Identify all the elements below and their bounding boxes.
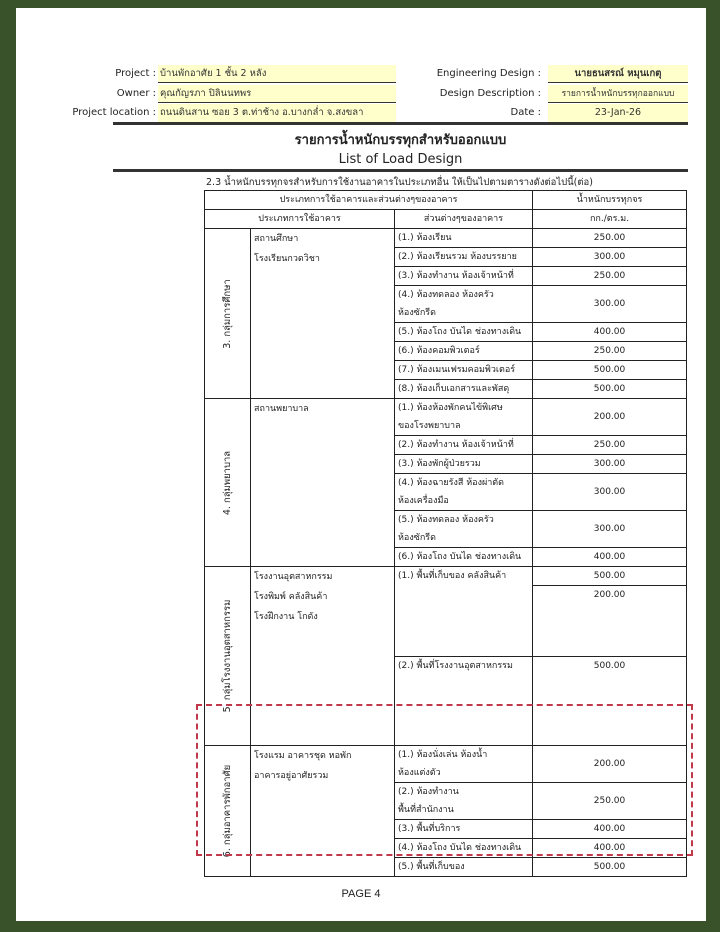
part-line: (3.) ห้องทำงาน ห้องเจ้าหน้าที่: [398, 267, 529, 285]
usage-line: โรงแรม อาคารชุด หอพัก: [254, 746, 391, 766]
description-label: Design Description :: [440, 85, 541, 103]
part-cell: (1.) พื้นที่เก็บของ คลังสินค้า: [395, 567, 533, 657]
usage-line: โรงเรียนกวดวิชา: [254, 249, 391, 269]
load-value: 300.00: [533, 455, 687, 474]
load-value: 200.00: [533, 399, 687, 436]
part-line: (5.) พื้นที่เก็บของ: [398, 858, 529, 876]
project-label: Project :: [115, 65, 156, 83]
part-cell: (4.) ห้องทดลอง ห้องครัวห้องซักรีด: [395, 286, 533, 323]
part-line: (4.) ห้องฉายรังสี ห้องผ่าตัด: [398, 474, 529, 492]
header-unit: กก./ตร.ม.: [533, 210, 687, 229]
category-cell: 6. กลุ่มอาคารพักอาศัย: [205, 746, 251, 877]
title-english: List of Load Design: [113, 152, 688, 167]
owner-label: Owner :: [117, 85, 156, 103]
usage-cell: สถานพยาบาล: [251, 399, 395, 567]
part-line: (2.) ห้องทำงาน: [398, 783, 529, 801]
category-cell: 3. กลุ่มการศึกษา: [205, 229, 251, 399]
part-cell: (5.) ห้องโถง บันได ช่องทางเดิน: [395, 323, 533, 342]
document-page: Project : บ้านพักอาศัย 1 ชั้น 2 หลัง Own…: [16, 8, 706, 921]
part-cell: (2.) พื้นที่โรงงานอุตสาหกรรม: [395, 657, 533, 746]
load-value: 400.00: [533, 323, 687, 342]
part-cell: (6.) ห้องโถง บันได ช่องทางเดิน: [395, 548, 533, 567]
load-value: 250.00: [533, 229, 687, 248]
location-row: Project location : ถนนดินสาน ซอย 3 ต.ท่า…: [16, 104, 406, 122]
usage-cell: สถานศึกษาโรงเรียนกวดวิชา: [251, 229, 395, 399]
part-cell: (1.) ห้องห้องพักคนไข้พิเศษของโรงพยาบาล: [395, 399, 533, 436]
part-cell: (4.) ห้องโถง บันได ช่องทางเดิน: [395, 839, 533, 858]
project-value: บ้านพักอาศัย 1 ชั้น 2 หลัง: [158, 65, 396, 83]
usage-line: โรงพิมพ์ คลังสินค้า: [254, 587, 391, 607]
load-value: 400.00: [533, 839, 687, 858]
load-table: ประเภทการใช้อาคารและส่วนต่างๆของอาคาร น้…: [204, 190, 687, 877]
usage-line: สถานศึกษา: [254, 229, 391, 249]
part-line: (1.) ห้องห้องพักคนไข้พิเศษ: [398, 399, 529, 417]
category-label: 6. กลุ่มอาคารพักอาศัย: [219, 765, 237, 857]
part-cell: (1.) ห้องเรียน: [395, 229, 533, 248]
description-value: รายการน้ำหนักบรรทุกออกแบบ: [548, 85, 688, 103]
date-value: 23-Jan-26: [548, 104, 688, 122]
part-cell: (4.) ห้องฉายรังสี ห้องผ่าตัดห้องเครื่องม…: [395, 474, 533, 511]
part-line: (5.) ห้องทดลอง ห้องครัว: [398, 511, 529, 529]
part-cell: (3.) ห้องทำงาน ห้องเจ้าหน้าที่: [395, 267, 533, 286]
part-line: (5.) ห้องโถง บันได ช่องทางเดิน: [398, 323, 529, 341]
engineer-label: Engineering Design :: [437, 65, 541, 83]
part-line: (1.) ห้องนั่งเล่น ห้องน้ำ: [398, 746, 529, 764]
part-line: (1.) พื้นที่เก็บของ คลังสินค้า: [398, 567, 529, 585]
part-cell: (3.) ห้องพักผู้ป่วยรวม: [395, 455, 533, 474]
part-line: ห้องแต่งตัว: [398, 764, 529, 782]
part-cell: (5.) ห้องทดลอง ห้องครัวห้องซักรีด: [395, 511, 533, 548]
part-line: (7.) ห้องเมนเฟรมคอมพิวเตอร์: [398, 361, 529, 379]
load-value: 300.00: [533, 248, 687, 267]
usage-line: โรงงานอุตสาหกรรม: [254, 567, 391, 587]
category-label: 5. กลุ่มโรงงานอุตสาหกรรม: [219, 600, 237, 713]
load-value: 500.00: [533, 858, 687, 877]
part-line: (2.) ห้องทำงาน ห้องเจ้าหน้าที่: [398, 436, 529, 454]
header-usage: ประเภทการใช้อาคาร: [205, 210, 395, 229]
load-value: 300.00: [533, 474, 687, 511]
table-row: 3. กลุ่มการศึกษาสถานศึกษาโรงเรียนกวดวิชา…: [205, 229, 687, 248]
location-label: Project location :: [72, 104, 156, 122]
usage-cell: โรงงานอุตสาหกรรมโรงพิมพ์ คลังสินค้าโรงฝึ…: [251, 567, 395, 746]
load-value: 200.00: [533, 746, 687, 783]
part-line: ห้องซักรีด: [398, 529, 529, 547]
part-cell: (2.) ห้องทำงานพื้นที่สำนักงาน: [395, 783, 533, 820]
load-value: 200.00: [533, 586, 687, 657]
part-line: (3.) ห้องพักผู้ป่วยรวม: [398, 455, 529, 473]
header-divider: [113, 122, 688, 125]
usage-line: โรงฝึกงาน โกดัง: [254, 607, 391, 627]
table-row: 6. กลุ่มอาคารพักอาศัยโรงแรม อาคารชุด หอพ…: [205, 746, 687, 783]
load-value: 400.00: [533, 548, 687, 567]
load-value: 500.00: [533, 380, 687, 399]
date-label: Date :: [511, 104, 541, 122]
part-line: (6.) ห้องโถง บันได ช่องทางเดิน: [398, 548, 529, 566]
part-line: (2.) ห้องเรียนรวม ห้องบรรยาย: [398, 248, 529, 266]
part-line: (8.) ห้องเก็บเอกสารและพัสดุ: [398, 380, 529, 398]
part-cell: (5.) พื้นที่เก็บของ: [395, 858, 533, 877]
load-value: 300.00: [533, 286, 687, 323]
part-cell: (6.) ห้องคอมพิวเตอร์: [395, 342, 533, 361]
project-row: Project : บ้านพักอาศัย 1 ชั้น 2 หลัง: [16, 65, 406, 83]
part-line: พื้นที่สำนักงาน: [398, 801, 529, 819]
title-divider: [113, 169, 688, 172]
part-cell: (2.) ห้องเรียนรวม ห้องบรรยาย: [395, 248, 533, 267]
category-label: 3. กลุ่มการศึกษา: [219, 279, 237, 349]
part-line: (4.) ห้องโถง บันได ช่องทางเดิน: [398, 839, 529, 857]
load-value: 500.00: [533, 567, 687, 586]
engineer-row: Engineering Design : นายธนสรณ์ หมุนเกตุ: [396, 65, 696, 83]
part-line: ห้องเครื่องมือ: [398, 492, 529, 510]
load-value: 250.00: [533, 436, 687, 455]
owner-row: Owner : คุณกัญรภา ปิลินนทพร: [16, 85, 406, 103]
part-line: (2.) พื้นที่โรงงานอุตสาหกรรม: [398, 657, 529, 675]
section-heading: 2.3 น้ำหนักบรรทุกจรสำหรับการใช้งานอาคารใ…: [206, 175, 593, 190]
part-line: (6.) ห้องคอมพิวเตอร์: [398, 342, 529, 360]
load-value: 400.00: [533, 820, 687, 839]
load-value: 500.00: [533, 361, 687, 380]
category-cell: 4. กลุ่มพยาบาล: [205, 399, 251, 567]
part-line: (4.) ห้องทดลอง ห้องครัว: [398, 286, 529, 304]
part-cell: (8.) ห้องเก็บเอกสารและพัสดุ: [395, 380, 533, 399]
usage-line: อาคารอยู่อาศัยรวม: [254, 766, 391, 786]
table-row: 5. กลุ่มโรงงานอุตสาหกรรมโรงงานอุตสาหกรรม…: [205, 567, 687, 586]
engineer-value: นายธนสรณ์ หมุนเกตุ: [548, 65, 688, 83]
load-value: 250.00: [533, 267, 687, 286]
part-line: ของโรงพยาบาล: [398, 417, 529, 435]
header-load: น้ำหนักบรรทุกจร: [533, 191, 687, 210]
category-label: 4. กลุ่มพยาบาล: [219, 450, 237, 514]
usage-cell: โรงแรม อาคารชุด หอพักอาคารอยู่อาศัยรวม: [251, 746, 395, 877]
part-cell: (1.) ห้องนั่งเล่น ห้องน้ำห้องแต่งตัว: [395, 746, 533, 783]
page-number: PAGE 4: [16, 888, 706, 900]
part-line: (1.) ห้องเรียน: [398, 229, 529, 247]
load-value: 250.00: [533, 783, 687, 820]
load-value: 500.00: [533, 657, 687, 746]
location-value: ถนนดินสาน ซอย 3 ต.ท่าช้าง อ.บางกล่ำ จ.สง…: [158, 104, 396, 122]
load-value: 300.00: [533, 511, 687, 548]
owner-value: คุณกัญรภา ปิลินนทพร: [158, 85, 396, 103]
date-row: Date : 23-Jan-26: [396, 104, 696, 122]
usage-line: สถานพยาบาล: [254, 399, 391, 419]
description-row: Design Description : รายการน้ำหนักบรรทุก…: [396, 85, 696, 103]
part-line: (3.) พื้นที่บริการ: [398, 820, 529, 838]
part-cell: (2.) ห้องทำงาน ห้องเจ้าหน้าที่: [395, 436, 533, 455]
header-part: ส่วนต่างๆของอาคาร: [395, 210, 533, 229]
load-value: 250.00: [533, 342, 687, 361]
part-line: ห้องซักรีด: [398, 304, 529, 322]
title-thai: รายการน้ำหนักบรรทุกสำหรับออกแบบ: [113, 129, 688, 150]
table-row: 4. กลุ่มพยาบาลสถานพยาบาล(1.) ห้องห้องพัก…: [205, 399, 687, 436]
part-cell: (3.) พื้นที่บริการ: [395, 820, 533, 839]
category-cell: 5. กลุ่มโรงงานอุตสาหกรรม: [205, 567, 251, 746]
header-group: ประเภทการใช้อาคารและส่วนต่างๆของอาคาร: [205, 191, 533, 210]
part-cell: (7.) ห้องเมนเฟรมคอมพิวเตอร์: [395, 361, 533, 380]
